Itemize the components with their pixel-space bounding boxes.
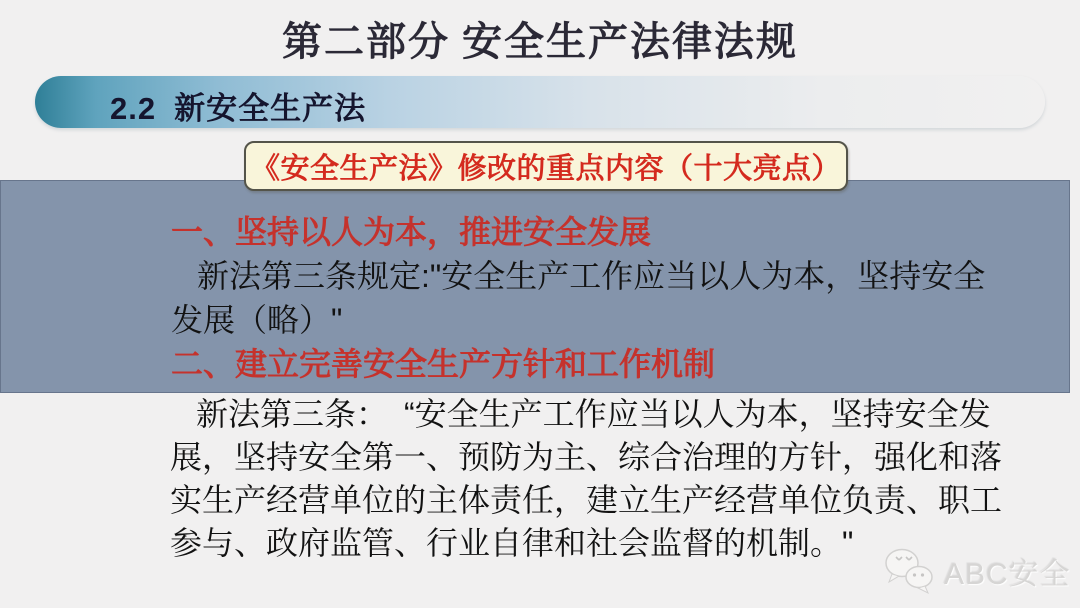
wechat-icon [880,544,938,598]
section-label: 新安全生产法 [174,91,366,126]
highlight-box: 《安全生产法》修改的重点内容（十大亮点） [244,141,848,191]
point-1-body-line-2: 发展（略）" [171,299,961,342]
content-panel: 一、坚持以人为本，推进安全发展 新法第三条规定:"安全生产工作应当以人为本，坚持… [0,180,1070,393]
section-banner-text: 2.2新安全生产法 [110,83,366,128]
point-2-body-line-1: 新法第三条： “安全生产工作应当以人为本，坚持安全发 [170,393,986,436]
point-1-body-line-1: 新法第三条规定:"安全生产工作应当以人为本，坚持安全 [171,255,987,298]
watermark: ABC安全 [880,543,1070,599]
section-banner: 2.2新安全生产法 [35,76,1045,128]
page-title: 第二部分 安全生产法律法规 [0,10,1080,67]
watermark-label: ABC安全 [944,549,1071,593]
point-2-body-line-4: 参与、政府监管、行业自律和社会监督的机制。" [170,522,960,565]
point-2-body-line-2: 展，坚持安全第一、预防为主、综合治理的方针，强化和落 [170,436,960,479]
presentation-slide: 第二部分 安全生产法律法规 2.2新安全生产法 《安全生产法》修改的重点内容（十… [0,0,1080,608]
point-1-heading: 一、坚持以人为本，推进安全发展 [171,211,961,254]
point-2-heading: 二、建立完善安全生产方针和工作机制 [171,343,961,386]
section-number: 2.2 [110,91,156,126]
point-2-body-line-3: 实生产经营单位的主体责任，建立生产经营单位负责、职工 [170,479,960,522]
highlight-box-title: 《安全生产法》修改的重点内容（十大亮点） [251,146,841,187]
